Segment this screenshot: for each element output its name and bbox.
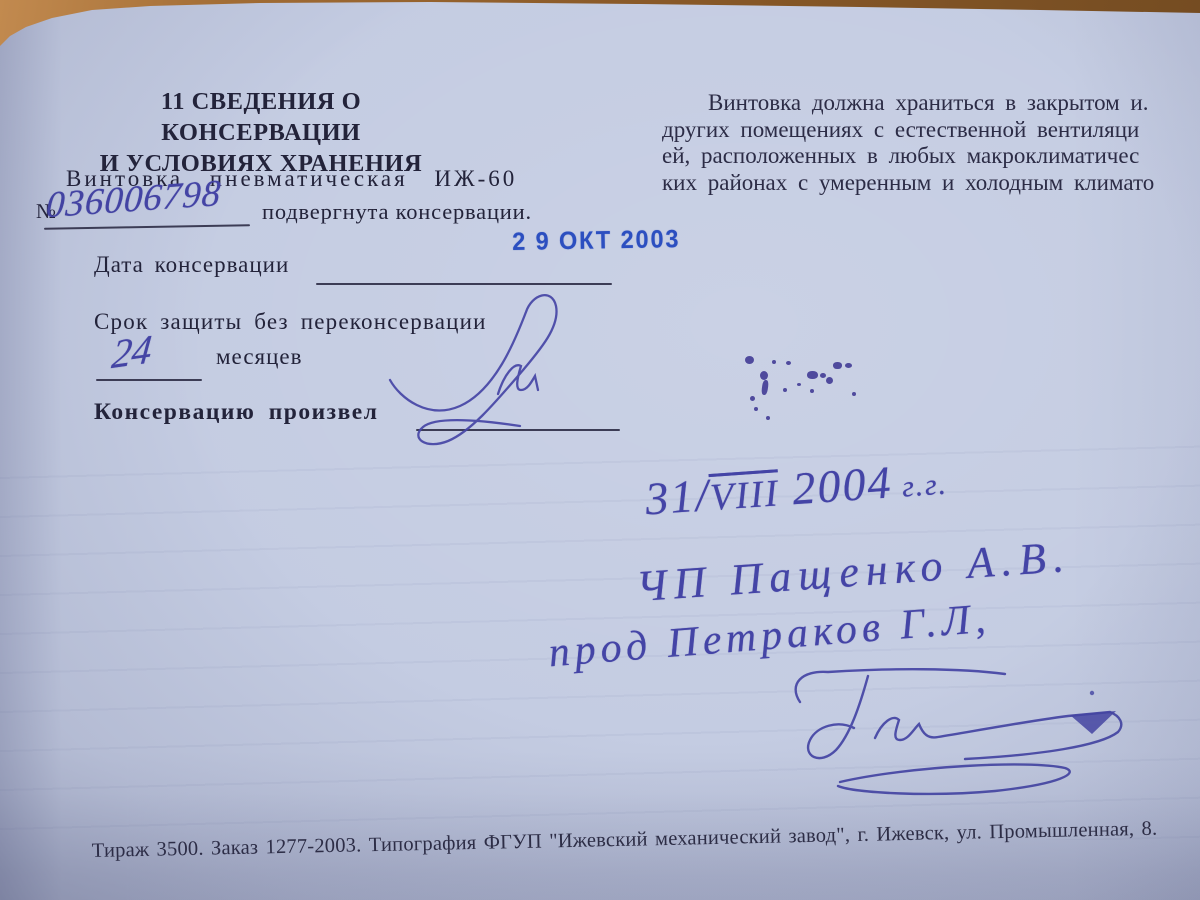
section-title-line1: 11 СВЕДЕНИЯ О КОНСЕРВАЦИИ (62, 86, 460, 148)
document-photo: 11 СВЕДЕНИЯ О КОНСЕРВАЦИИ И УСЛОВИЯХ ХРА… (0, 0, 1200, 900)
conservation-date-stamp: 2 9 ОКТ 2003 (512, 225, 681, 257)
ink-dot (1090, 691, 1094, 695)
handwritten-year: 2004 (777, 456, 894, 515)
signature-flourish-fill (1070, 711, 1116, 734)
storage-conditions-paragraph: Винтовка должна храниться в закрытом и. … (662, 90, 1200, 202)
performed-by-label: Консервацию произвел (94, 399, 378, 426)
storage-line-2: других помещениях с естественной вентиля… (662, 117, 1200, 144)
storage-line-4: ких районах с умеренным и холодным клима… (662, 170, 1200, 197)
storage-line-3: ей, расположенных в любых макроклиматиче… (662, 143, 1200, 170)
print-shop-imprint: Тираж 3500. Заказ 1277-2003. Типография … (92, 818, 1158, 863)
conservation-date-label: Дата консервации (94, 252, 289, 278)
storage-line-1: Винтовка должна храниться в закрытом и. (662, 90, 1200, 117)
handwritten-year-suffix: г.г. (892, 467, 949, 504)
handwritten-day: 31/ (644, 469, 712, 524)
protection-months-blank-line (96, 379, 202, 381)
seller-signature (780, 660, 1140, 810)
handwritten-month-roman: VIII (709, 472, 781, 519)
subjected-text: подвергнута консервации. (262, 199, 532, 225)
handwritten-sale-date: 31/VIII 2004 г.г. (644, 452, 950, 526)
conservator-signature (380, 280, 640, 490)
handwritten-seller-name: ЧП Пащенко А.В. (635, 531, 1073, 612)
protection-months-handwritten: 24 (110, 325, 155, 379)
passport-page: 11 СВЕДЕНИЯ О КОНСЕРВАЦИИ И УСЛОВИЯХ ХРА… (0, 0, 1200, 900)
months-label: месяцев (216, 344, 303, 370)
